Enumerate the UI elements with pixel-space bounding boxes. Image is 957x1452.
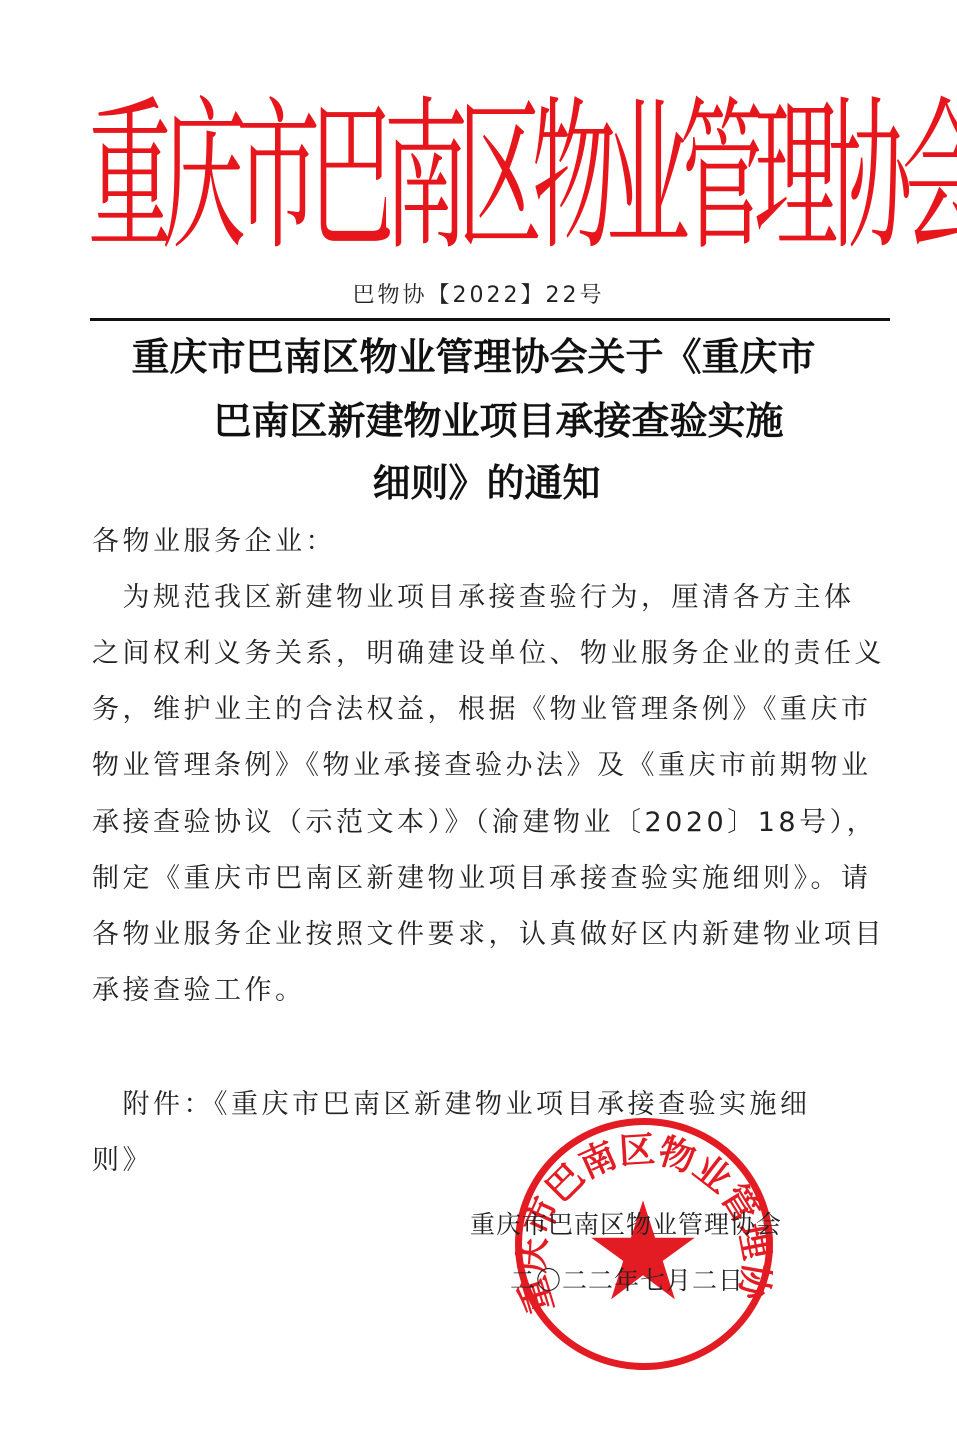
attachment-line-1: 附件：《重庆市巴南区新建物业项目承接查验实施细: [92, 1091, 852, 1118]
notice-title-line-3: 细则》的通知: [8, 464, 957, 502]
body-line: 为规范我区新建物业项目承接查验行为，厘清各方主体: [92, 584, 852, 611]
signature-organization: 重庆市巴南区物业管理协会: [470, 1205, 782, 1241]
body-line: 承接查验协议（示范文本）》（渝建物业〔2020〕18号），: [92, 809, 852, 836]
body-line: 务，维护业主的合法权益，根据《物业管理条例》《重庆市: [92, 696, 852, 723]
body-line: 物业管理条例》《物业承接查验办法》及《重庆市前期物业: [92, 752, 852, 779]
document-number: 巴物协【2022】22号: [0, 278, 957, 309]
body-line: 各物业服务企业按照文件要求，认真做好区内新建物业项目: [92, 921, 852, 948]
body-line: 之间权利义务关系，明确建设单位、物业服务企业的责任义: [92, 640, 852, 667]
header-divider: [90, 318, 890, 321]
notice-title-line-1: 重庆市巴南区物业管理协会关于《重庆市: [0, 338, 952, 376]
body-line: 承接查验工作。: [92, 977, 852, 1004]
body-line: 制定《重庆市巴南区新建物业项目承接查验实施细则》。请: [92, 865, 852, 892]
signature-date: 二〇二二年七月二日: [510, 1261, 744, 1297]
notice-title-line-2: 巴南区新建物业项目承接查验实施: [20, 402, 957, 440]
salutation: 各物业服务企业：: [92, 528, 852, 555]
